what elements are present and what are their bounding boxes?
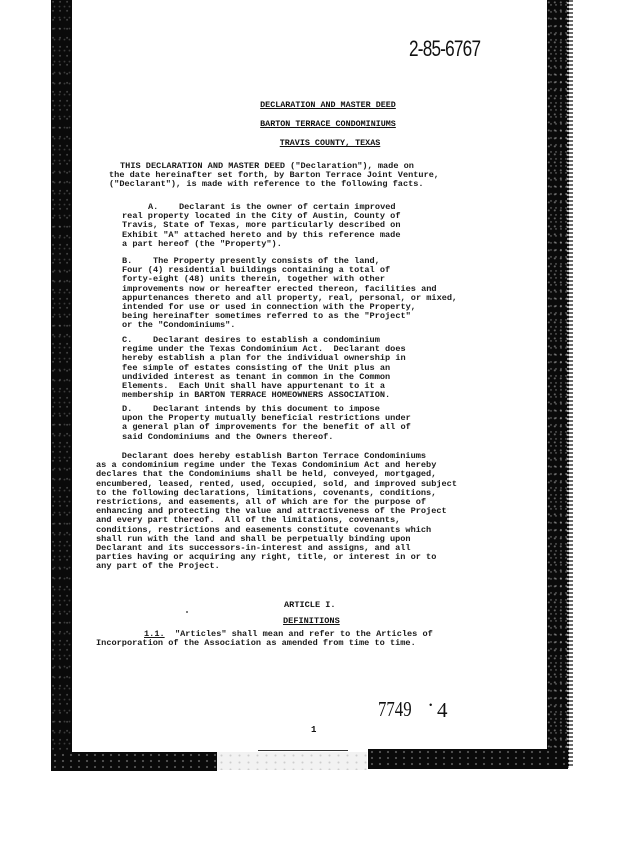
recital-d-text: D. Declarant intends by this document to… [122,404,411,442]
document-subtitle: BARTON TERRACE CONDOMINIUMS [18,119,620,129]
article-heading: ARTICLE I. [284,600,336,610]
declaration-paragraph: Declarant does hereby establish Barton T… [96,452,457,572]
recital-a: A. Declarant is the owner of certain imp… [122,203,400,249]
section-1-1: 1.1. "Articles" shall mean and refer to … [96,630,433,648]
document-stamp-number: 2-85-6767 [409,36,480,62]
recording-dot: • [428,701,433,711]
recording-number: 7749 [378,697,412,722]
scan-border-bottom [368,749,568,769]
scan-speck [186,611,188,613]
document-title: DECLARATION AND MASTER DEED [18,100,620,110]
recital-b: B. The Property presently consists of th… [122,257,457,331]
scan-edge-line [258,750,348,751]
recital-c: C. Declarant desires to establish a cond… [122,336,406,400]
recital-a-text: A. Declarant is the owner of certain imp… [122,202,400,249]
section-text-rest: Incorporation of the Association as amen… [96,638,416,648]
document-location: TRAVIS COUNTY, TEXAS [20,138,620,148]
recital-c-text: C. Declarant desires to establish a cond… [122,335,406,400]
recital-b-text: B. The Property presently consists of th… [122,256,457,330]
page-number: 1 [311,725,316,735]
scan-border-bottom [51,752,217,771]
scan-border-left [51,0,72,770]
scan-border-bottom-light [217,752,367,770]
scan-border-right [547,0,569,768]
recording-suffix: 4 [437,698,448,723]
recital-d: D. Declarant intends by this document to… [122,405,411,442]
definitions-heading: DEFINITIONS [283,616,340,626]
intro-paragraph: the date hereinafter set forth, by Barto… [109,171,439,189]
